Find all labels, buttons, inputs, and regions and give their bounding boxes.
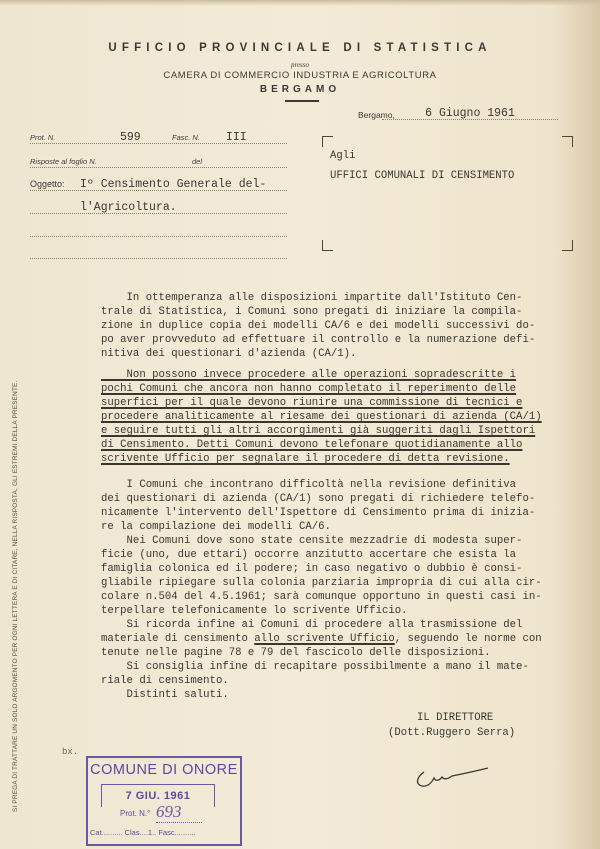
fasc-value: III: [226, 131, 247, 144]
body-line: Si ricorda infine ai Comuni di procedere…: [101, 619, 522, 632]
letterhead-presso: presso: [0, 61, 600, 69]
risposta-label: Risposte al foglio N.: [30, 157, 98, 166]
body-line: re la compilazione dei modelli CA/6.: [101, 521, 331, 534]
address-corner-bl: [322, 240, 333, 251]
body-line: nitiva dei questionari d'azienda (CA/1).: [101, 348, 356, 361]
oggetto-line-1: Iº Censimento Generale del-: [80, 178, 266, 191]
prot-row: Prot. N. 599 Fasc. N. III: [30, 131, 287, 144]
stamp-prot-value: 693: [156, 802, 202, 823]
del-label: del: [192, 157, 203, 166]
body-line: gliabile ripiegare sulla colonia parziar…: [101, 577, 542, 590]
body-line-underlined: pochi Comuni che ancora non hanno comple…: [101, 383, 516, 396]
letterhead-rule: [285, 100, 319, 102]
body-line-underlined: superfici per il quale devono riunire un…: [101, 397, 522, 410]
body-line: Si consiglia infine di recapitare possib…: [101, 661, 529, 674]
body-line-underlined: procedere analiticamente al riesame dei …: [101, 411, 542, 424]
body-line: In ottemperanza alle disposizioni impart…: [101, 292, 522, 305]
oggetto-row-2: l'Agricoltura.: [30, 201, 287, 214]
oggetto-line-2: l'Agricoltura.: [80, 201, 177, 214]
fasc-label: Fasc. N.: [172, 133, 201, 142]
address-corner-br: [562, 240, 573, 251]
body-text: , seguendo le norme con: [395, 633, 542, 645]
stamp-comune: COMUNE DI ONORE: [88, 762, 240, 778]
body-line-underlined: di Censimento. Detti Comuni devono telef…: [101, 439, 522, 452]
body-line: I Comuni che incontrano difficoltà nella…: [101, 479, 516, 492]
body-line: riale di censimento.: [101, 675, 229, 688]
body-line: famiglia colonica ed il podere; in caso …: [101, 563, 522, 576]
oggetto-row-3: [30, 224, 287, 237]
body-line: nicamente l'intervento dell'Ispettore di…: [101, 507, 535, 520]
oggetto-label: Oggetto:: [30, 179, 66, 189]
oggetto-row-4: [30, 246, 287, 259]
body-line: Distinti saluti.: [101, 689, 229, 702]
margin-instruction: SI PREGA DI TRATTARE UN SOLO ARGOMENTO P…: [12, 381, 19, 813]
body-text-underlined: allo scrivente Ufficio: [254, 633, 394, 645]
paper-edge-shadow: [0, 0, 600, 6]
body-line: tenute nelle pagine 78 e 79 del fascicol…: [101, 647, 491, 660]
body-line: po aver provveduto ad effettuare il cont…: [101, 334, 535, 347]
body-line-underlined: Non possono invece procedere alle operaz…: [101, 369, 516, 382]
addressee-line-1: Agli: [330, 150, 355, 162]
letterhead-city: BERGAMO: [0, 84, 600, 95]
letterhead-chamber: CAMERA DI COMMERCIO INDUSTRIA E AGRICOLT…: [0, 70, 600, 81]
body-line-underlined: e seguire tutti gli altri accorgimenti g…: [101, 425, 535, 438]
signatory-title: IL DIRETTORE: [417, 712, 493, 724]
signatory-name: (Dott.Ruggero Serra): [388, 727, 515, 739]
body-line: terpellare telefonicamente lo scrivente …: [101, 605, 408, 618]
prot-label: Prot. N.: [30, 133, 56, 142]
body-line: trale di Statistica, i Comuni sono prega…: [101, 306, 522, 319]
typist-initials: bx.: [62, 747, 78, 757]
letterhead-office: UFFICIO PROVINCIALE DI STATISTICA: [0, 42, 600, 54]
body-line: ficie (uno, due ettari) occorre anzitutt…: [101, 549, 516, 562]
body-line: colare n.504 del 4.5.1961; sarà comunque…: [101, 591, 542, 604]
handwritten-signature-icon: [412, 764, 492, 790]
risposta-row: Risposte al foglio N. del: [30, 155, 287, 168]
addressee-line-2: UFFICI COMUNALI DI CENSIMENTO: [330, 170, 514, 182]
stamp-classification: Cat.......... Clas....1.. Fasc..........: [90, 828, 195, 837]
body-line-mixed: materiale di censimento allo scrivente U…: [101, 633, 542, 646]
prot-value: 599: [120, 131, 141, 144]
address-corner-tr: [562, 136, 573, 147]
body-line: dei questionari di azienda (CA/1) sono p…: [101, 493, 535, 506]
oggetto-row-1: Oggetto: Iº Censimento Generale del-: [30, 178, 287, 191]
address-corner-tl: [322, 136, 333, 147]
stamp-prot-label: Prot. N.°: [120, 809, 150, 818]
body-line-underlined: scrivente Ufficio per segnalare il proce…: [101, 453, 510, 466]
body-line: zione in duplice copia dei modelli CA/6 …: [101, 320, 535, 333]
body-text: materiale di censimento: [101, 633, 254, 645]
body-line: Nei Comuni dove sono state censite mezza…: [101, 535, 522, 548]
dateline: Bergamo, 6 Giugno 1961: [358, 107, 558, 121]
receipt-stamp: COMUNE DI ONORE 7 GIU. 1961 Prot. N.° 69…: [86, 756, 242, 846]
dateline-date: 6 Giugno 1961: [382, 107, 558, 120]
